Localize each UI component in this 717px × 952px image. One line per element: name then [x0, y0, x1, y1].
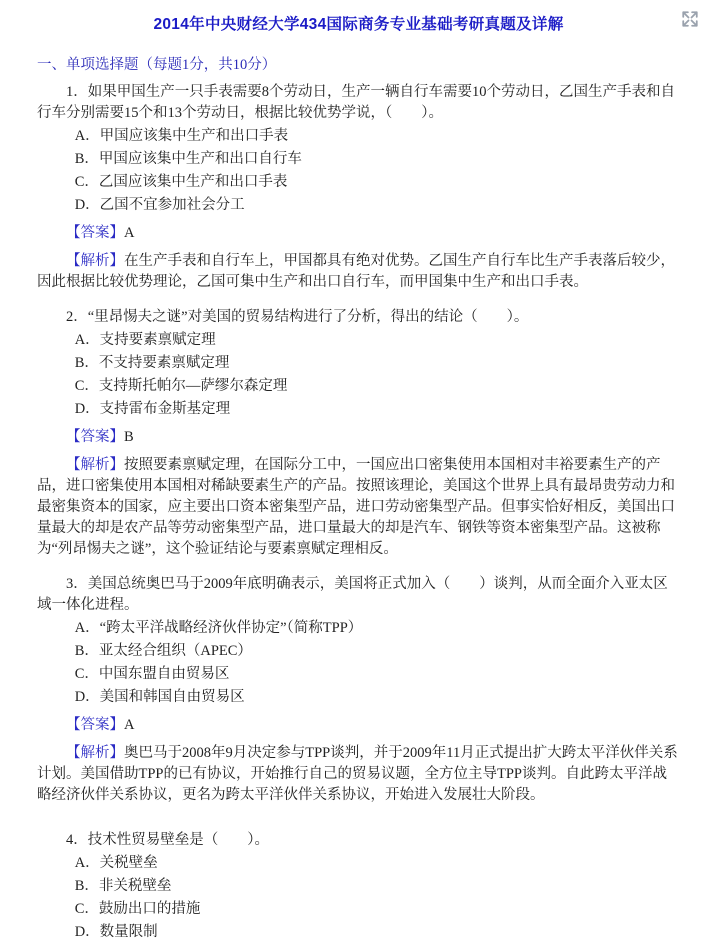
question-3: 3．美国总统奥巴马于2009年底明确表示，美国将正式加入（ ）谈判，从而全面介入…	[37, 574, 680, 806]
question-4-option-c: C．鼓励出口的措施	[37, 899, 680, 920]
question-3-stem: 3．美国总统奥巴马于2009年底明确表示，美国将正式加入（ ）谈判，从而全面介入…	[37, 574, 680, 616]
analysis-text: 按照要素禀赋定理，在国际分工中，一国应出口密集使用本国相对丰裕要素生产的产品，进…	[37, 457, 675, 557]
question-3-option-b: B．亚太经合组织（APEC）	[37, 641, 680, 662]
question-2-option-d: D．支持雷布金斯基定理	[37, 399, 680, 420]
answer-value: A	[124, 717, 134, 733]
analysis-label: 【解析】	[66, 253, 124, 269]
question-1-option-d: D．乙国不宜参加社会分工	[37, 195, 680, 216]
question-2-answer-line: 【答案】B	[37, 427, 680, 448]
document-page: 2014年中央财经大学434国际商务专业基础考研真题及详解 一、单项选择题（每题…	[0, 0, 717, 952]
analysis-label: 【解析】	[66, 457, 124, 473]
document-title: 2014年中央财经大学434国际商务专业基础考研真题及详解	[0, 0, 717, 34]
answer-label: 【答案】	[66, 717, 124, 733]
question-2-analysis-line: 【解析】按照要素禀赋定理，在国际分工中，一国应出口密集使用本国相对丰裕要素生产的…	[37, 455, 680, 560]
fullscreen-expand-icon[interactable]	[681, 10, 699, 28]
question-2-option-a: A．支持要素禀赋定理	[37, 330, 680, 351]
question-1: 1．如果甲国生产一只手表需要8个劳动日，生产一辆自行车需要10个劳动日，乙国生产…	[37, 82, 680, 293]
analysis-text: 奥巴马于2008年9月决定参与TPP谈判，并于2009年11月正式提出扩大跨太平…	[37, 745, 678, 803]
question-4-stem: 4．技术性贸易壁垒是（ ）。	[37, 830, 680, 851]
question-2-option-b: B．不支持要素禀赋定理	[37, 353, 680, 374]
question-3-option-a: A．“跨太平洋战略经济伙伴协定”（简称TPP）	[37, 618, 680, 639]
question-1-option-c: C．乙国应该集中生产和出口手表	[37, 172, 680, 193]
question-2-option-c: C．支持斯托帕尔—萨缪尔森定理	[37, 376, 680, 397]
question-4: 4．技术性贸易壁垒是（ ）。 A．关税壁垒 B．非关税壁垒 C．鼓励出口的措施 …	[37, 830, 680, 943]
question-3-answer-line: 【答案】A	[37, 715, 680, 736]
question-1-option-b: B．甲国应该集中生产和出口自行车	[37, 149, 680, 170]
question-4-option-d: D．数量限制	[37, 922, 680, 943]
question-1-answer-line: 【答案】A	[37, 223, 680, 244]
answer-label: 【答案】	[66, 429, 124, 445]
answer-label: 【答案】	[66, 225, 124, 241]
question-1-analysis-line: 【解析】在生产手表和自行车上，甲国都具有绝对优势。乙国生产自行车比生产手表落后较…	[37, 251, 680, 293]
section-heading: 一、单项选择题（每题1分，共10分）	[37, 55, 680, 76]
question-3-option-d: D．美国和韩国自由贸易区	[37, 687, 680, 708]
document-body: 一、单项选择题（每题1分，共10分） 1．如果甲国生产一只手表需要8个劳动日，生…	[0, 55, 717, 943]
answer-value: A	[124, 225, 134, 241]
question-1-stem: 1．如果甲国生产一只手表需要8个劳动日，生产一辆自行车需要10个劳动日，乙国生产…	[37, 82, 680, 124]
question-3-option-c: C．中国东盟自由贸易区	[37, 664, 680, 685]
question-4-option-b: B．非关税壁垒	[37, 876, 680, 897]
question-2-stem: 2．“里昂惕夫之谜”对美国的贸易结构进行了分析，得出的结论（ ）。	[37, 307, 680, 328]
question-2: 2．“里昂惕夫之谜”对美国的贸易结构进行了分析，得出的结论（ ）。 A．支持要素…	[37, 307, 680, 560]
question-1-option-a: A．甲国应该集中生产和出口手表	[37, 126, 680, 147]
answer-value: B	[124, 429, 134, 445]
question-3-analysis-line: 【解析】奥巴马于2008年9月决定参与TPP谈判，并于2009年11月正式提出扩…	[37, 743, 680, 806]
question-4-option-a: A．关税壁垒	[37, 853, 680, 874]
reader-viewport: { "colors": { "title_blue": "#1b1bc6", "…	[0, 0, 717, 952]
analysis-label: 【解析】	[66, 745, 124, 761]
analysis-text: 在生产手表和自行车上，甲国都具有绝对优势。乙国生产自行车比生产手表落后较少，因此…	[37, 253, 675, 290]
